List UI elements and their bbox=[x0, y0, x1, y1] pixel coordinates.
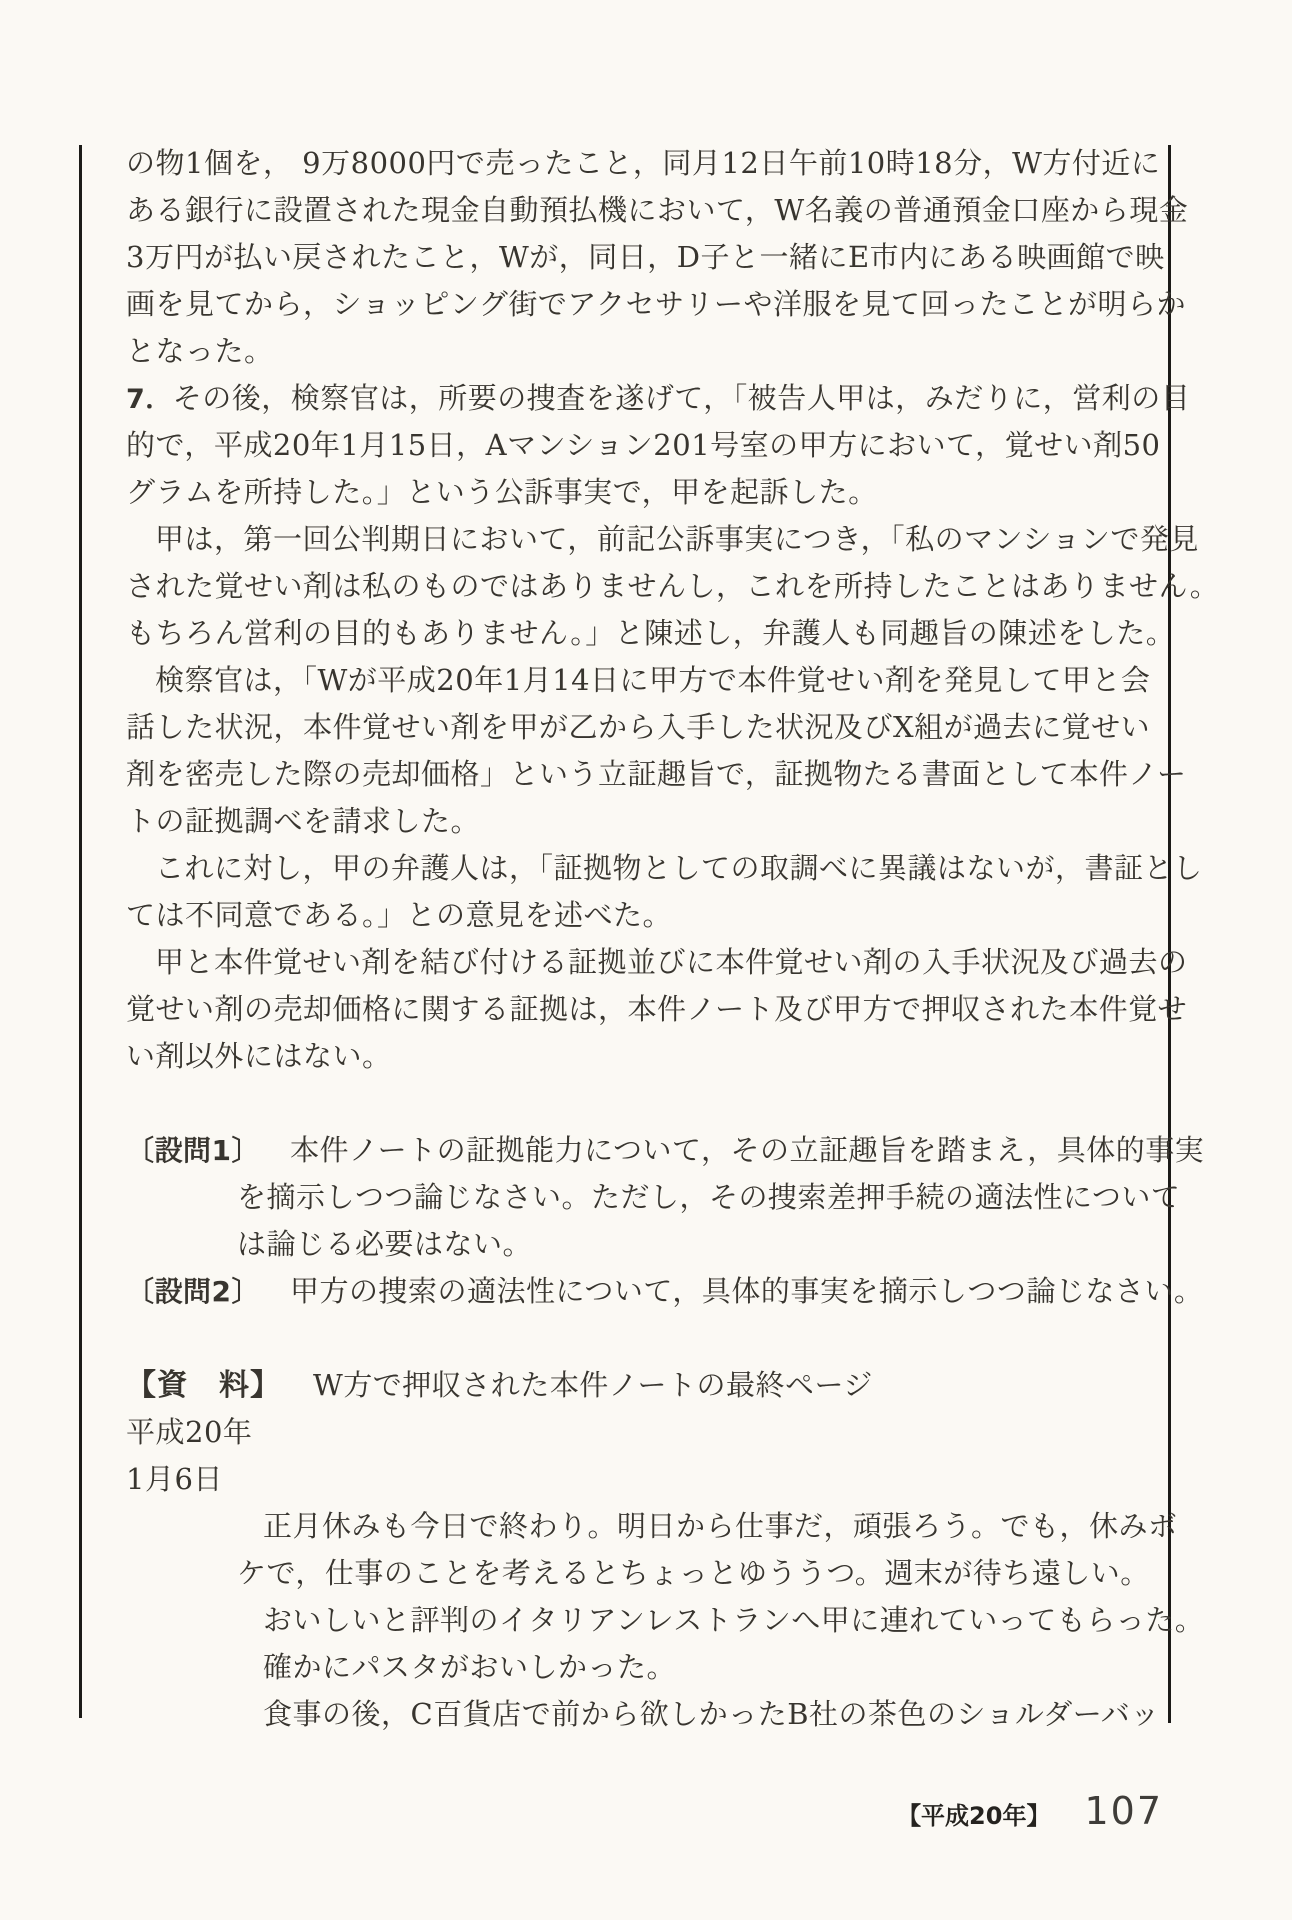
footer-page-number: 107 bbox=[1084, 1789, 1163, 1833]
body-line: 甲と本件覚せい剤を結び付ける証拠並びに本件覚せい剤の入手状況及び過去の bbox=[126, 939, 1136, 986]
left-margin-rule bbox=[79, 145, 82, 1718]
question-line: を摘示しつつ論じなさい。ただし，その捜索差押手続の適法性について bbox=[237, 1174, 1136, 1221]
question-2: 〔設問2〕 甲方の捜索の適法性について，具体的事実を摘示しつつ論じなさい。 bbox=[126, 1268, 1136, 1315]
question-1: 〔設問1〕 本件ノートの証拠能力について，その立証趣旨を踏まえ，具体的事実 を摘… bbox=[126, 1127, 1136, 1268]
paragraph-item-7: 7．その後，検察官は，所要の捜査を遂げて，「被告人甲は，みだりに，営利の目 的で… bbox=[126, 375, 1136, 516]
body-line: 甲は，第一回公判期日において，前記公訴事実につき，「私のマンションで発見 bbox=[126, 516, 1136, 563]
body-line: 検察官は，「Wが平成20年1月14日に甲方で本件覚せい剤を発見して甲と会 bbox=[126, 657, 1136, 704]
body-line: 7．その後，検察官は，所要の捜査を遂げて，「被告人甲は，みだりに，営利の目 bbox=[126, 375, 1136, 422]
diary-date: 1月6日 bbox=[126, 1456, 1136, 1503]
material-heading: 【資 料】 bbox=[126, 1362, 281, 1409]
body-line: された覚せい剤は私のものではありませんし，これを所持したことはありません。 bbox=[126, 563, 1136, 610]
body-line: 画を見てから，ショッピング街でアクセサリーや洋服を見て回ったことが明らか bbox=[126, 281, 1136, 328]
body-line: 話した状況，本件覚せい剤を甲が乙から入手した状況及びX組が過去に覚せい bbox=[126, 704, 1136, 751]
footer-era-label: 【平成20年】 bbox=[897, 1796, 1050, 1831]
diary-year: 平成20年 bbox=[126, 1409, 1136, 1456]
diary-line: 食事の後，C百貨店で前から欲しかったB社の茶色のショルダーバッ bbox=[237, 1691, 1136, 1738]
diary-line: ケで，仕事のことを考えるとちょっとゆううつ。週末が待ち遠しい。 bbox=[237, 1550, 1136, 1597]
paragraph-defendant-statement: 甲は，第一回公判期日において，前記公訴事実につき，「私のマンションで発見 された… bbox=[126, 516, 1136, 657]
body-line: これに対し，甲の弁護人は，「証拠物としての取調べに異議はないが，書証とし bbox=[126, 845, 1136, 892]
body-line: の物1個を， 9万8000円で売ったこと，同月12日午前10時18分，W方付近に bbox=[126, 140, 1136, 187]
body-line: 覚せい剤の売却価格に関する証拠は，本件ノート及び甲方で押収された本件覚せ bbox=[126, 986, 1136, 1033]
paragraph-defense-opinion: これに対し，甲の弁護人は，「証拠物としての取調べに異議はないが，書証とし ては不… bbox=[126, 845, 1136, 939]
paragraph-evidence-note: 甲と本件覚せい剤を結び付ける証拠並びに本件覚せい剤の入手状況及び過去の 覚せい剤… bbox=[126, 939, 1136, 1080]
body-line: もちろん営利の目的もありません。」と陳述し，弁護人も同趣旨の陳述をした。 bbox=[126, 610, 1136, 657]
body-line: 3万円が払い戻されたこと，Wが，同日，D子と一緒にE市内にある映画館で映 bbox=[126, 234, 1136, 281]
question-label: 〔設問1〕 bbox=[126, 1127, 260, 1174]
material-section: 【資 料】 W方で押収された本件ノートの最終ページ 平成20年 1月6日 正月休… bbox=[126, 1362, 1136, 1738]
item-text: その後，検察官は，所要の捜査を遂げて，「被告人甲は，みだりに，営利の目 bbox=[173, 381, 1190, 415]
diary-line: 確かにパスタがおいしかった。 bbox=[237, 1644, 1136, 1691]
diary-line: おいしいと評判のイタリアンレストランへ甲に連れていってもらった。 bbox=[237, 1597, 1136, 1644]
body-line: 的で，平成20年1月15日，Aマンション201号室の甲方において，覚せい剤50 bbox=[126, 422, 1136, 469]
question-line: 〔設問1〕 本件ノートの証拠能力について，その立証趣旨を踏まえ，具体的事実 bbox=[126, 1127, 1136, 1174]
question-label: 〔設問2〕 bbox=[126, 1268, 260, 1315]
question-line: 〔設問2〕 甲方の捜索の適法性について，具体的事実を摘示しつつ論じなさい。 bbox=[126, 1268, 1136, 1315]
spacer bbox=[126, 1080, 1136, 1127]
body-text: の物1個を， 9万8000円で売ったこと，同月12日午前10時18分，W方付近に… bbox=[126, 140, 1136, 1738]
body-line: ては不同意である。」との意見を述べた。 bbox=[126, 892, 1136, 939]
body-line: 剤を密売した際の売却価格」という立証趣旨で，証拠物たる書面として本件ノー bbox=[126, 751, 1136, 798]
diary-line: 正月休みも今日で終わり。明日から仕事だ，頑張ろう。でも，休みボ bbox=[237, 1503, 1136, 1550]
page-footer: 【平成20年】 107 bbox=[897, 1789, 1163, 1833]
diary-text: 正月休みも今日で終わり。明日から仕事だ，頑張ろう。でも，休みボ ケで，仕事のこと… bbox=[237, 1503, 1136, 1738]
question-text: 甲方の捜索の適法性について，具体的事実を摘示しつつ論じなさい。 bbox=[290, 1268, 1203, 1315]
body-line: となった。 bbox=[126, 328, 1136, 375]
body-line: トの証拠調べを請求した。 bbox=[126, 798, 1136, 845]
paragraph-facts: の物1個を， 9万8000円で売ったこと，同月12日午前10時18分，W方付近に… bbox=[126, 140, 1136, 375]
item-number: 7． bbox=[126, 384, 173, 415]
question-line: は論じる必要はない。 bbox=[237, 1221, 1136, 1268]
scanned-document-page: の物1個を， 9万8000円で売ったこと，同月12日午前10時18分，W方付近に… bbox=[0, 0, 1292, 1920]
body-line: グラムを所持した。」という公訴事実で，甲を起訴した。 bbox=[126, 469, 1136, 516]
material-heading-row: 【資 料】 W方で押収された本件ノートの最終ページ bbox=[126, 1362, 1136, 1409]
body-line: い剤以外にはない。 bbox=[126, 1033, 1136, 1080]
material-caption: W方で押収された本件ノートの最終ページ bbox=[313, 1362, 873, 1409]
body-line: ある銀行に設置された現金自動預払機において，W名義の普通預金口座から現金 bbox=[126, 187, 1136, 234]
paragraph-prosecutor-request: 検察官は，「Wが平成20年1月14日に甲方で本件覚せい剤を発見して甲と会 話した… bbox=[126, 657, 1136, 845]
question-text: 本件ノートの証拠能力について，その立証趣旨を踏まえ，具体的事実 bbox=[290, 1127, 1204, 1174]
